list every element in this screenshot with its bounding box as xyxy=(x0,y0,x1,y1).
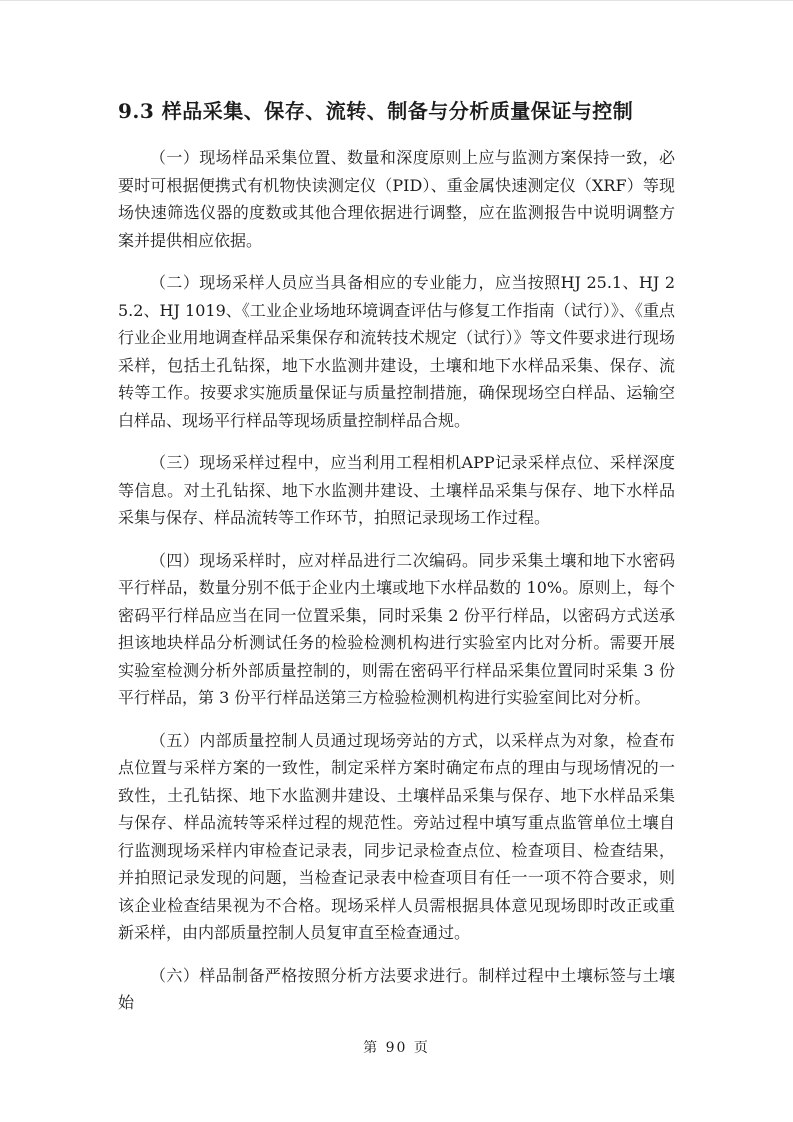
document-page: 9.3 样品采集、保存、流转、制备与分析质量保证与控制 （一）现场样品采集位置、… xyxy=(0,0,793,1122)
paragraph-item-6: （六）样品制备严格按照分析方法要求进行。制样过程中土壤标签与土壤始 xyxy=(118,962,675,1017)
paragraph-item-4: （四）现场采样时，应对样品进行二次编码。同步采集土壤和地下水密码平行样品，数量分… xyxy=(118,547,675,712)
paragraph-item-2: （二）现场采样人员应当具备相应的专业能力，应当按照HJ 25.1、HJ 25.2… xyxy=(118,269,675,434)
page-number: 第 90 页 xyxy=(0,1037,793,1057)
paragraph-item-3: （三）现场采样过程中，应当利用工程相机APP记录采样点位、采样深度等信息。对土孔… xyxy=(118,449,675,532)
paragraph-item-5: （五）内部质量控制人员通过现场旁站的方式，以采样点为对象，检查布点位置与采样方案… xyxy=(118,727,675,947)
paragraph-item-1: （一）现场样品采集位置、数量和深度原则上应与监测方案保持一致，必要时可根据便携式… xyxy=(118,144,675,254)
section-heading: 9.3 样品采集、保存、流转、制备与分析质量保证与控制 xyxy=(118,97,675,125)
